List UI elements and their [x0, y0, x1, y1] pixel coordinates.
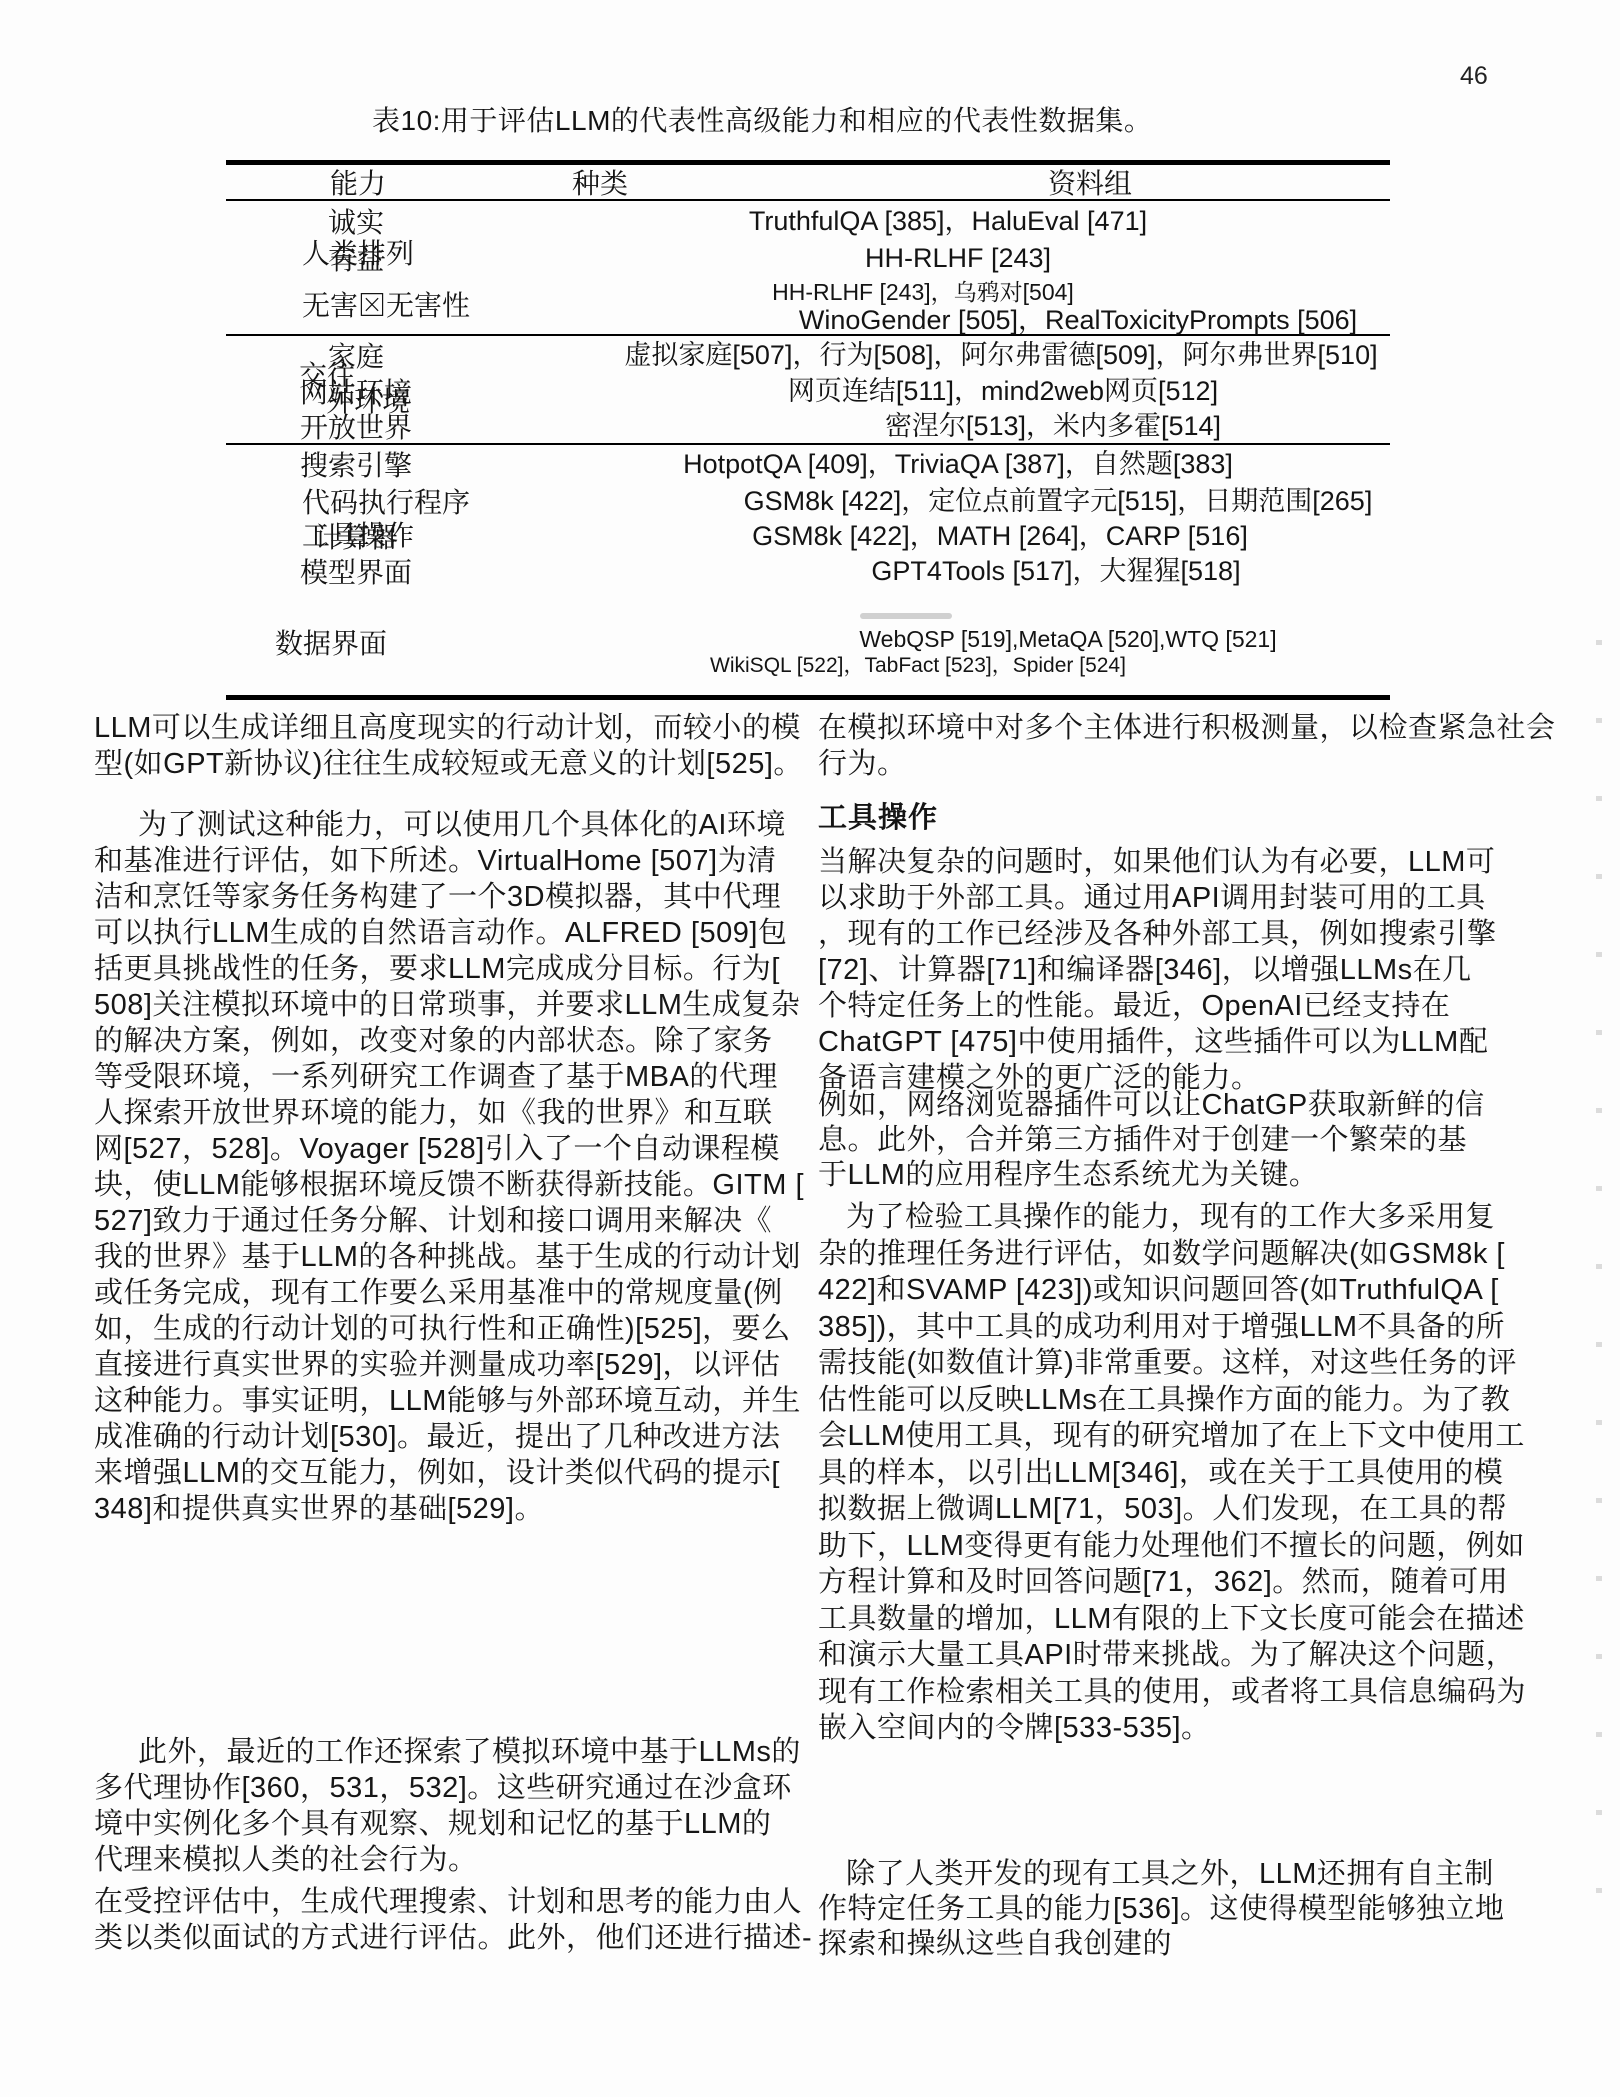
- paragraph: 例如，网络浏览器插件可以让ChatGP获取新鲜的信息。此外，合并第三方插件对于创…: [818, 1088, 1534, 1193]
- text-line: 代理来模拟人类的社会行为。: [94, 1842, 806, 1878]
- text-line: 为了测试这种能力，可以使用几个具体化的AI环境: [94, 807, 806, 843]
- text-line: 如，生成的行动计划的可执行性和正确性)[525]，要么: [94, 1311, 806, 1347]
- text-line: 会LLM使用工具，现有的研究增加了在上下文中使用工: [818, 1418, 1534, 1455]
- text-line: 和演示大量工具API时带来挑战。为了解决这个问题，: [818, 1637, 1534, 1674]
- paragraph: 在受控评估中，生成代理搜索、计划和思考的能力由人类以类似面试的方式进行评估。此外…: [94, 1884, 806, 1956]
- text-line: 具的样本，以引出LLM[346]，或在关于工具使用的模: [818, 1455, 1534, 1492]
- text-line: 网[527，528]。Voyager [528]引入了一个自动课程模: [94, 1131, 806, 1167]
- text-line: 息。此外，合并第三方插件对于创建一个繁荣的基: [818, 1123, 1534, 1158]
- text-line: LLM可以生成详细且高度现实的行动计划，而较小的模: [94, 710, 806, 746]
- text-line: 等受限环境，一系列研究工作调查了基于MBA的代理: [94, 1059, 806, 1095]
- text-line: 多代理协作[360，531，532]。这些研究通过在沙盒环: [94, 1770, 806, 1806]
- body-column-left: LLM可以生成详细且高度现实的行动计划，而较小的模型(如GPT新协议)往往生成较…: [94, 0, 806, 2097]
- text-line: 现有工作检索相关工具的使用，或者将工具信息编码为: [818, 1674, 1534, 1711]
- text-line: 直接进行真实世界的实验并测量成功率[529]，以评估: [94, 1347, 806, 1383]
- text-line: 探索和操纵这些自我创建的: [818, 1927, 1534, 1962]
- text-line: 块，使LLM能够根据环境反馈不断获得新技能。GITM [: [94, 1167, 806, 1203]
- text-line: 以求助于外部工具。通过用API调用封装可用的工具: [818, 880, 1534, 916]
- text-line: 508]关注模拟环境中的日常琐事，并要求LLM生成复杂: [94, 987, 806, 1023]
- paper-page: 46 表10:用于评估LLM的代表性高级能力和相应的代表性数据集。 能力 种类 …: [0, 0, 1620, 2097]
- text-line: 来增强LLM的交互能力，例如，设计类似代码的提示[: [94, 1455, 806, 1491]
- text-line: 在受控评估中，生成代理搜索、计划和思考的能力由人: [94, 1884, 806, 1920]
- text-line: 的解决方案，例如，改变对象的内部状态。除了家务: [94, 1023, 806, 1059]
- section-heading-tool-manipulation: 工具操作: [818, 800, 938, 836]
- text-line: 348]和提供真实世界的基础[529]。: [94, 1491, 806, 1527]
- text-line: 人探索开放世界环境的能力，如《我的世界》和互联: [94, 1095, 806, 1131]
- text-line: 嵌入空间内的令牌[533-535]。: [818, 1710, 1534, 1747]
- text-line: 工具数量的增加，LLM有限的上下文长度可能会在描述: [818, 1601, 1534, 1638]
- text-line: 此外，最近的工作还探索了模拟环境中基于LLMs的: [94, 1734, 806, 1770]
- paragraph: 此外，最近的工作还探索了模拟环境中基于LLMs的多代理协作[360，531，53…: [94, 1734, 806, 1878]
- text-line: 估性能可以反映LLMs在工具操作方面的能力。为了教: [818, 1382, 1534, 1419]
- text-line: 境中实例化多个具有观察、规划和记忆的基于LLM的: [94, 1806, 806, 1842]
- text-line: 除了人类开发的现有工具之外，LLM还拥有自主制: [818, 1857, 1534, 1892]
- text-line: 我的世界》基于LLM的各种挑战。基于生成的行动计划: [94, 1239, 806, 1275]
- text-line: 当解决复杂的问题时，如果他们认为有必要，LLM可: [818, 844, 1534, 880]
- text-line: 和基准进行评估，如下所述。VirtualHome [507]为清: [94, 843, 806, 879]
- scan-artifact-smudge: [860, 613, 952, 619]
- paragraph: 当解决复杂的问题时，如果他们认为有必要，LLM可以求助于外部工具。通过用API调…: [818, 844, 1534, 1096]
- text-line: 型(如GPT新协议)往往生成较短或无意义的计划[525]。: [94, 746, 806, 782]
- text-line: 助下，LLM变得更有能力处理他们不擅长的问题，例如: [818, 1528, 1534, 1565]
- paragraph: 在模拟环境中对多个主体进行积极测量，以检查紧急社会行为。: [818, 710, 1534, 782]
- text-line: 这种能力。事实证明，LLM能够与外部环境互动，并生: [94, 1383, 806, 1419]
- text-line: [72]、计算器[71]和编译器[346]，以增强LLMs在几: [818, 952, 1534, 988]
- paragraph: 为了检验工具操作的能力，现有的工作大多采用复杂的推理任务进行评估，如数学问题解决…: [818, 1199, 1534, 1747]
- text-line: ，现有的工作已经涉及各种外部工具，例如搜索引擎: [818, 916, 1534, 952]
- text-line: 洁和烹饪等家务任务构建了一个3D模拟器，其中代理: [94, 879, 806, 915]
- text-line: 例如，网络浏览器插件可以让ChatGP获取新鲜的信: [818, 1088, 1534, 1123]
- paragraph: LLM可以生成详细且高度现实的行动计划，而较小的模型(如GPT新协议)往往生成较…: [94, 710, 806, 782]
- text-line: ChatGPT [475]中使用插件，这些插件可以为LLM配: [818, 1024, 1534, 1060]
- text-line: 成准确的行动计划[530]。最近，提出了几种改进方法: [94, 1419, 806, 1455]
- text-line: 于LLM的应用程序生态系统尤为关键。: [818, 1158, 1534, 1193]
- paragraph: 除了人类开发的现有工具之外，LLM还拥有自主制作特定任务工具的能力[536]。这…: [818, 1857, 1534, 1962]
- text-line: 422]和SVAMP [423])或知识问题回答(如TruthfulQA [: [818, 1272, 1534, 1309]
- text-line: 拟数据上微调LLM[71，503]。人们发现，在工具的帮: [818, 1491, 1534, 1528]
- text-line: 杂的推理任务进行评估，如数学问题解决(如GSM8k [: [818, 1236, 1534, 1273]
- text-line: 类以类似面试的方式进行评估。此外，他们还进行描述-: [94, 1920, 806, 1956]
- text-line: 在模拟环境中对多个主体进行积极测量，以检查紧急社会: [818, 710, 1534, 746]
- text-line: 527]致力于通过任务分解、计划和接口调用来解决《: [94, 1203, 806, 1239]
- body-column-right: 工具操作 在模拟环境中对多个主体进行积极测量，以检查紧急社会行为。当解决复杂的问…: [818, 0, 1534, 2097]
- text-line: 行为。: [818, 746, 1534, 782]
- paragraph: 为了测试这种能力，可以使用几个具体化的AI环境和基准进行评估，如下所述。Virt…: [94, 807, 806, 1527]
- text-line: 385])，其中工具的成功利用对于增强LLM不具备的所: [818, 1309, 1534, 1346]
- text-line: 为了检验工具操作的能力，现有的工作大多采用复: [818, 1199, 1534, 1236]
- text-line: 作特定任务工具的能力[536]。这使得模型能够独立地: [818, 1892, 1534, 1927]
- text-line: 可以执行LLM生成的自然语言动作。ALFRED [509]包: [94, 915, 806, 951]
- text-line: 需技能(如数值计算)非常重要。这样，对这些任务的评: [818, 1345, 1534, 1382]
- text-line: 方程计算和及时回答问题[71，362]。然而，随着可用: [818, 1564, 1534, 1601]
- scan-artifact-strip: [1596, 640, 1602, 1960]
- text-line: 或任务完成，现有工作要么采用基准中的常规度量(例: [94, 1275, 806, 1311]
- text-line: 个特定任务上的性能。最近，OpenAI已经支持在: [818, 988, 1534, 1024]
- text-line: 括更具挑战性的任务，要求LLM完成成分目标。行为[: [94, 951, 806, 987]
